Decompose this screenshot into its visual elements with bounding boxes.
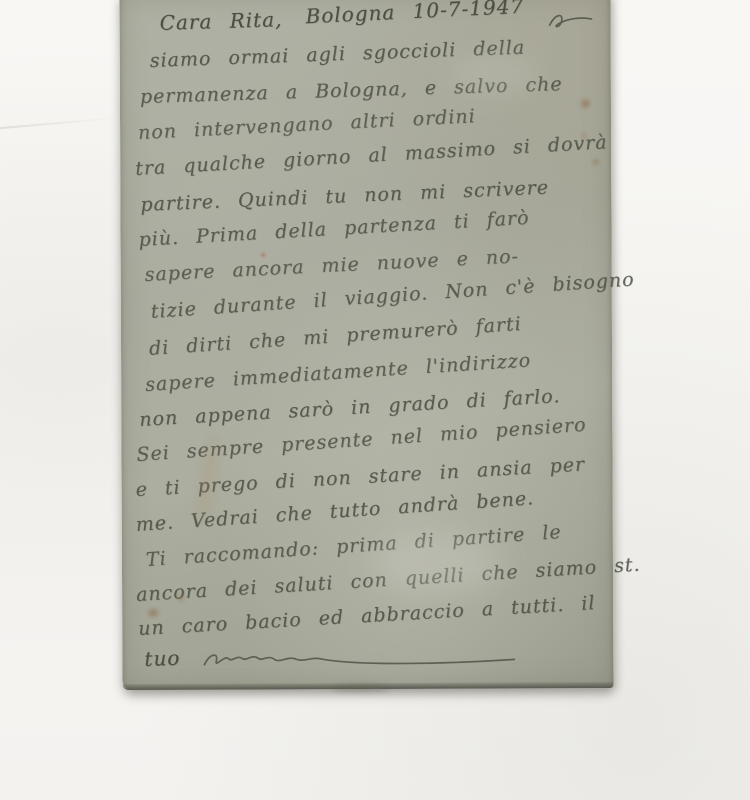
scanned-page: Cara Rita, Bologna 10-7-1947 siamo ormai… <box>0 0 750 800</box>
signature: tuo <box>144 646 181 671</box>
stain <box>592 159 599 165</box>
date-flourish <box>548 9 594 33</box>
postcard: Cara Rita, Bologna 10-7-1947 siamo ormai… <box>119 0 613 690</box>
letter-line: non intervengano altri ordini <box>137 104 476 145</box>
letter-line: siamo ormai agli sgoccioli della <box>149 36 525 73</box>
letter-line: permanenza a Bologna, e salvo che <box>140 72 563 109</box>
stain <box>330 684 390 692</box>
stain <box>581 99 590 108</box>
scan-crease <box>0 117 118 129</box>
signature-flourish <box>200 643 520 678</box>
dateline: Bologna 10-7-1947 <box>305 0 525 28</box>
salutation: Cara Rita, <box>159 7 283 35</box>
